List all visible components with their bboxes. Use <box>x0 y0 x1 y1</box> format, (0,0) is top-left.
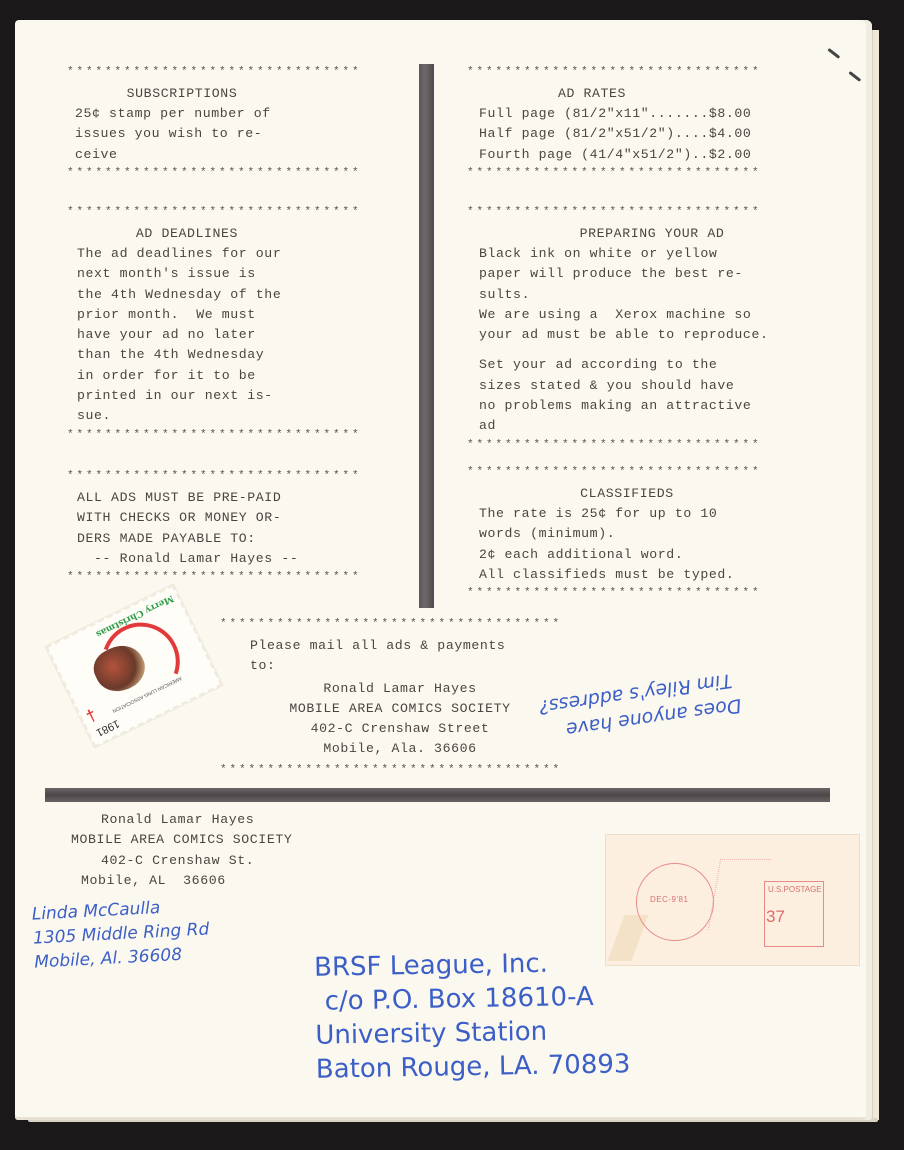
text-line: Please mail all ads & payments <box>250 636 640 656</box>
text-line: WITH CHECKS OR MONEY OR- <box>77 508 377 528</box>
subscriptions-section: ******************************* SUBSCRIP… <box>67 66 377 179</box>
separator: ******************************* <box>467 206 847 218</box>
separator: ******************************* <box>67 571 377 583</box>
text-line: words (minimum). <box>479 524 847 544</box>
prepaid-section: ******************************* ALL ADS … <box>67 470 377 583</box>
postage-meter-strip: DEC-9'81 U.S.POSTAGE 37 <box>605 834 860 966</box>
mail-to-org: MOBILE AREA COMICS SOCIETY <box>220 699 580 719</box>
text-line: issues you wish to re- <box>75 124 377 144</box>
text-line: the 4th Wednesday of the <box>77 285 377 305</box>
text-line: DERS MADE PAYABLE TO: <box>77 529 377 549</box>
ad-deadlines-section: ******************************* AD DEADL… <box>67 206 377 441</box>
return-street: 402-C Crenshaw St. <box>71 851 292 871</box>
recipient-line: BRSF League, Inc. <box>314 945 629 984</box>
text-line: ad <box>479 416 847 436</box>
postage-amount: 37 <box>766 907 785 927</box>
text-line: Black ink on white or yellow <box>479 244 847 264</box>
separator: ******************************* <box>467 587 847 599</box>
text-line: ALL ADS MUST BE PRE-PAID <box>77 488 377 508</box>
mailer-divider-bar <box>45 788 830 802</box>
column-divider-bar <box>419 64 434 608</box>
separator: ******************************* <box>467 66 837 78</box>
text-line: have your ad no later <box>77 325 377 345</box>
section-heading: SUBSCRIPTIONS <box>67 84 297 104</box>
text-line: prior month. We must <box>77 305 377 325</box>
return-org: MOBILE AREA COMICS SOCIETY <box>71 830 292 850</box>
page-stack-edge <box>872 30 879 1120</box>
return-name: Ronald Lamar Hayes <box>71 810 292 830</box>
text-line: ceive <box>75 145 377 165</box>
text-line: to: <box>250 656 640 676</box>
scratch-mark <box>828 48 841 59</box>
text-line: sizes stated & you should have <box>479 376 847 396</box>
handwritten-recipient: BRSF League, Inc. c/o P.O. Box 18610-A U… <box>314 945 631 1086</box>
recipient-line: c/o P.O. Box 18610-A <box>314 979 629 1018</box>
classifieds-section: ******************************* CLASSIFI… <box>467 466 847 599</box>
recipient-line: Baton Rouge, LA. 70893 <box>316 1047 631 1086</box>
text-line: printed in our next is- <box>77 386 377 406</box>
separator: ******************************* <box>67 429 377 441</box>
section-heading: PREPARING YOUR AD <box>467 224 837 244</box>
fanzine-page: ******************************* SUBSCRIP… <box>15 20 872 1120</box>
christmas-seal-stamp: Merry Christmas † AMERICAN LUNG ASSOCIAT… <box>46 585 223 748</box>
text-line: your ad must be able to reproduce. <box>479 325 847 345</box>
separator: ******************************* <box>467 466 847 478</box>
text-line: than the 4th Wednesday <box>77 345 377 365</box>
text-line: The rate is 25¢ for up to 10 <box>479 504 847 524</box>
text-line: sue. <box>77 406 377 426</box>
rate-line: Full page (81/2"x11".......$8.00 <box>479 104 837 124</box>
text-line: next month's issue is <box>77 264 377 284</box>
text-line: All classifieds must be typed. <box>479 565 847 585</box>
separator: ******************************* <box>67 66 377 78</box>
mail-to-city: Mobile, Ala. 36606 <box>220 739 580 759</box>
separator: ************************************ <box>220 764 640 776</box>
separator: ******************************* <box>467 439 847 451</box>
scratch-mark <box>849 71 862 82</box>
separator: ******************************* <box>67 470 377 482</box>
postage-label: U.S.POSTAGE <box>768 885 822 894</box>
preparing-ad-section: ******************************* PREPARIN… <box>467 206 847 451</box>
text-line: sults. <box>479 285 847 305</box>
handwritten-sender: Linda McCaulla 1305 Middle Ring Rd Mobil… <box>31 893 211 974</box>
return-address: Ronald Lamar Hayes MOBILE AREA COMICS SO… <box>71 810 292 891</box>
return-city: Mobile, AL 36606 <box>71 871 292 891</box>
rate-line: Half page (81/2"x51/2")....$4.00 <box>479 124 837 144</box>
eagle-emblem-icon <box>708 859 772 930</box>
text-line: paper will produce the best re- <box>479 264 847 284</box>
ad-rates-section: ******************************* AD RATES… <box>467 66 837 179</box>
recipient-line: University Station <box>315 1013 630 1052</box>
separator: ************************************ <box>220 618 640 630</box>
mail-to-name: Ronald Lamar Hayes <box>220 679 580 699</box>
text-line: in order for it to be <box>77 366 377 386</box>
double-barred-cross-icon: † <box>83 706 100 726</box>
postmark-date: DEC-9'81 <box>650 895 688 904</box>
section-heading: CLASSIFIEDS <box>467 484 787 504</box>
separator: ******************************* <box>467 167 837 179</box>
separator: ******************************* <box>67 206 377 218</box>
payee-line: -- Ronald Lamar Hayes -- <box>77 549 377 569</box>
section-heading: AD DEADLINES <box>67 224 307 244</box>
section-heading: AD RATES <box>467 84 717 104</box>
rate-line: Fourth page (41/4"x51/2")..$2.00 <box>479 145 837 165</box>
mail-to-street: 402-C Crenshaw Street <box>220 719 580 739</box>
text-line: 25¢ stamp per number of <box>75 104 377 124</box>
text-line: Set your ad according to the <box>479 355 847 375</box>
text-line: We are using a Xerox machine so <box>479 305 847 325</box>
text-line: The ad deadlines for our <box>77 244 377 264</box>
text-line: 2¢ each additional word. <box>479 545 847 565</box>
separator: ******************************* <box>67 167 377 179</box>
text-line: no problems making an attractive <box>479 396 847 416</box>
